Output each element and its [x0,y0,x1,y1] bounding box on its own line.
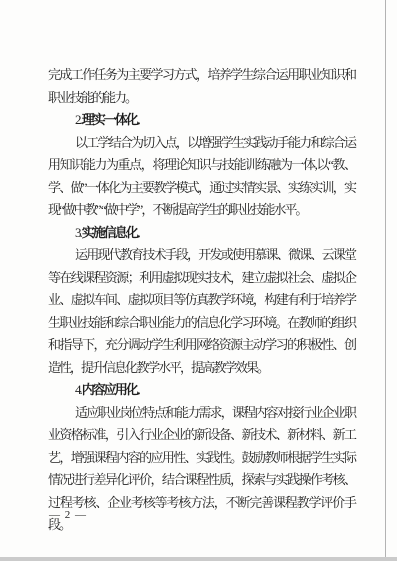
section-heading-2-title: 理实一体化． [82,112,148,127]
scan-edge-line [385,0,386,561]
section-heading-3: 3.实施信息化． [48,222,355,245]
scan-bottom-band [0,557,397,561]
section-heading-2-number: 2. [75,112,81,127]
page-number: — 2 — [49,509,87,521]
section-heading-3-number: 3. [75,225,81,240]
document-page: 完成工作任务为主要学习方式，培养学生综合运用职业知识和职业技能的能力。 2.理实… [0,0,397,561]
paragraph-section-4: 适应职业岗位特点和能力需求，课程内容对接行业企业职业资格标准，引入行业企业的新设… [48,402,355,537]
paragraph-continuation: 完成工作任务为主要学习方式，培养学生综合运用职业知识和职业技能的能力。 [48,64,355,109]
paragraph-section-2: 以工学结合为切入点，以增强学生实践动手能力和综合运用知识能力为重点，将理论知识与… [48,132,355,222]
document-text-block: 完成工作任务为主要学习方式，培养学生综合运用职业知识和职业技能的能力。 2.理实… [48,64,355,537]
section-heading-3-title: 实施信息化． [82,225,148,240]
section-heading-4: 4.内容应用化． [48,379,355,402]
section-heading-4-title: 内容应用化． [82,382,148,397]
section-heading-2: 2.理实一体化． [48,109,355,132]
section-heading-4-number: 4. [75,382,81,397]
paragraph-section-3: 运用现代教育技术手段，开发或使用慕课、微课、云课堂等在线课程资源；利用虚拟现实技… [48,244,355,379]
